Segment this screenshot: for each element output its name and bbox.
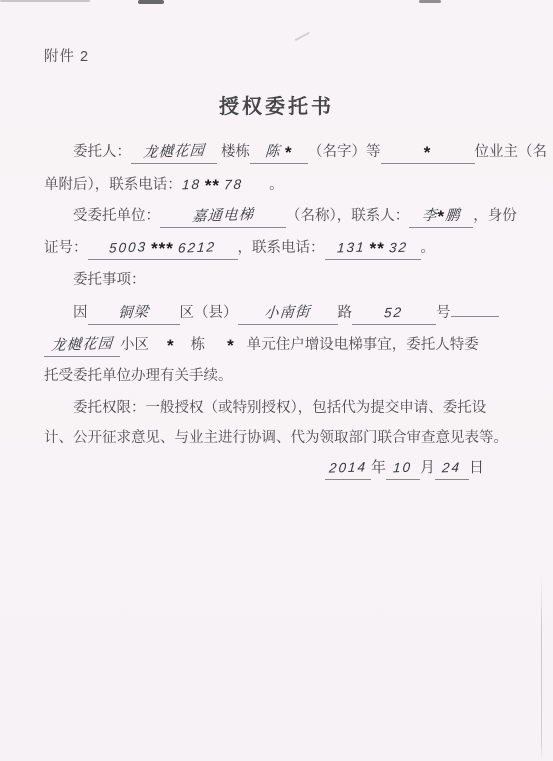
year-handwriting: 2014: [328, 457, 367, 478]
period-mark: 。: [269, 177, 284, 193]
matter-line-3: 托受委托单位办理有关手续。: [44, 360, 522, 392]
client-phone-handwriting-2: 78: [223, 175, 243, 196]
trustee-phone-handwriting-2: 32: [388, 238, 408, 259]
authority-text-1: 委托权限：一般授权（或特别授权），包括代为提交申请、委托设: [73, 400, 486, 416]
client-phone-handwriting-1: 18: [181, 175, 201, 196]
phone-star-mark: **: [205, 170, 220, 202]
district-blank: 铜梁: [88, 302, 180, 325]
scan-artifact: [0, 0, 90, 2]
contact-handwriting-b: 鹏: [444, 206, 461, 227]
day-blank: 24: [435, 457, 469, 480]
trustee-line1-tail: ，身份: [473, 208, 517, 224]
name-suffix-label: （名字）等: [308, 144, 381, 160]
client-name-handwriting: 陈: [265, 142, 282, 163]
day-label: 日: [469, 459, 484, 476]
client-community-handwriting: 龙樾花园: [142, 141, 205, 163]
client-name-blank: 陈 *: [250, 140, 308, 164]
owners-suffix-label: 位业主（名: [475, 144, 548, 160]
scanned-document-page: 附件 2 授权委托书 委托人：龙樾花园 楼栋陈 *（名字）等*位业主（名 单附后…: [0, 0, 553, 761]
trustee-phone-star-mark: **: [370, 238, 385, 260]
year-blank: 2014: [325, 457, 371, 480]
community-blank-start: [451, 296, 499, 317]
name-star-mark: *: [285, 142, 293, 164]
number-label: 号: [436, 305, 451, 321]
id-star-mark: ***: [151, 238, 174, 260]
id-handwriting-2: 6212: [177, 237, 216, 258]
client-phone-label: 单附后），联系电话：: [44, 177, 182, 193]
document-title: 授权委托书: [0, 90, 553, 119]
matter-line-1: 因铜梁区（县）小南街路52号: [44, 296, 551, 328]
id-number-blank: 5003 *** 6212: [88, 236, 238, 260]
period-mark: 。: [421, 240, 436, 256]
contact-handwriting-a: 李: [421, 206, 438, 227]
trustee-line-2: 证号：5003 *** 6212，联系电话：131 ** 32。: [44, 232, 522, 264]
contact-name-blank: 李*鹏: [409, 204, 473, 228]
district-handwriting: 铜梁: [117, 302, 149, 323]
id-label: 证号：: [44, 240, 88, 256]
district-label: 区（县）: [180, 305, 238, 321]
count-star-mark: *: [424, 142, 432, 164]
matter-line-2: 龙樾花园小区*栋*单元住户增设电梯事宜，委托人特委: [44, 328, 522, 360]
unit-star-mark: *: [227, 330, 235, 362]
scan-artifact: [138, 0, 164, 4]
trustee-unit-suffix: （名称），联系人：: [286, 208, 409, 224]
month-label: 月: [420, 459, 435, 476]
community-blank-end: 龙樾花园: [44, 334, 120, 357]
scan-artifact: [419, 0, 441, 3]
attachment-label: 附件 2: [44, 45, 89, 66]
number-handwriting: 52: [384, 303, 404, 324]
client-community-blank: 龙樾花园: [131, 141, 217, 164]
id-handwriting-1: 5003: [108, 237, 147, 258]
day-handwriting: 24: [442, 458, 462, 479]
street-blank: 小南街: [238, 302, 338, 325]
year-label: 年: [371, 459, 386, 476]
trustee-phone-handwriting-1: 131: [336, 237, 366, 258]
trustee-phone-label: ，联系电话：: [238, 240, 325, 256]
authority-line-2: 计、公开征求意见、与业主进行协调、代为领取部门联合审查意见表等。: [44, 422, 522, 454]
building-star-mark: *: [167, 330, 175, 362]
month-blank: 10: [386, 457, 420, 480]
matter-line3-text: 托受委托单位办理有关手续。: [44, 368, 233, 384]
building-label: 栋: [191, 337, 206, 353]
community-label: 小区: [120, 337, 149, 353]
road-label: 路: [338, 305, 353, 321]
client-line-1: 委托人：龙樾花园 楼栋陈 *（名字）等*位业主（名: [44, 136, 551, 168]
number-blank: 52: [352, 302, 436, 325]
community-handwriting: 龙樾花园: [50, 334, 113, 356]
trustee-phone-blank: 131 ** 32: [325, 236, 421, 260]
month-handwriting: 10: [393, 458, 413, 479]
authority-line-1: 委托权限：一般授权（或特别授权），包括代为提交申请、委托设: [44, 392, 551, 424]
trustee-line-1: 受委托单位：嘉通电梯（名称），联系人：李*鹏，身份: [44, 200, 551, 232]
matters-heading-line: 委托事项：: [44, 264, 551, 296]
client-line-2: 单附后），联系电话：18 ** 78 。: [44, 168, 522, 200]
authority-text-2: 计、公开征求意见、与业主进行协调、代为领取部门联合审查意见表等。: [44, 430, 508, 446]
scan-artifact: [290, 23, 310, 41]
client-label: 委托人：: [73, 144, 131, 160]
trustee-label: 受委托单位：: [73, 208, 160, 224]
street-handwriting: 小南街: [264, 302, 312, 324]
owner-count-blank: *: [381, 140, 475, 164]
reason-label: 因: [73, 305, 88, 321]
trustee-unit-blank: 嘉通电梯: [160, 205, 286, 228]
trustee-unit-handwriting: 嘉通电梯: [191, 205, 254, 227]
matters-heading: 委托事项：: [73, 272, 146, 288]
building-label: 楼栋: [221, 144, 250, 160]
matter-line2-text: 单元住户增设电梯事宜，委托人特委: [247, 337, 479, 353]
date-line: 2014年10月24日: [325, 452, 484, 484]
page-edge-shadow: [541, 575, 543, 761]
